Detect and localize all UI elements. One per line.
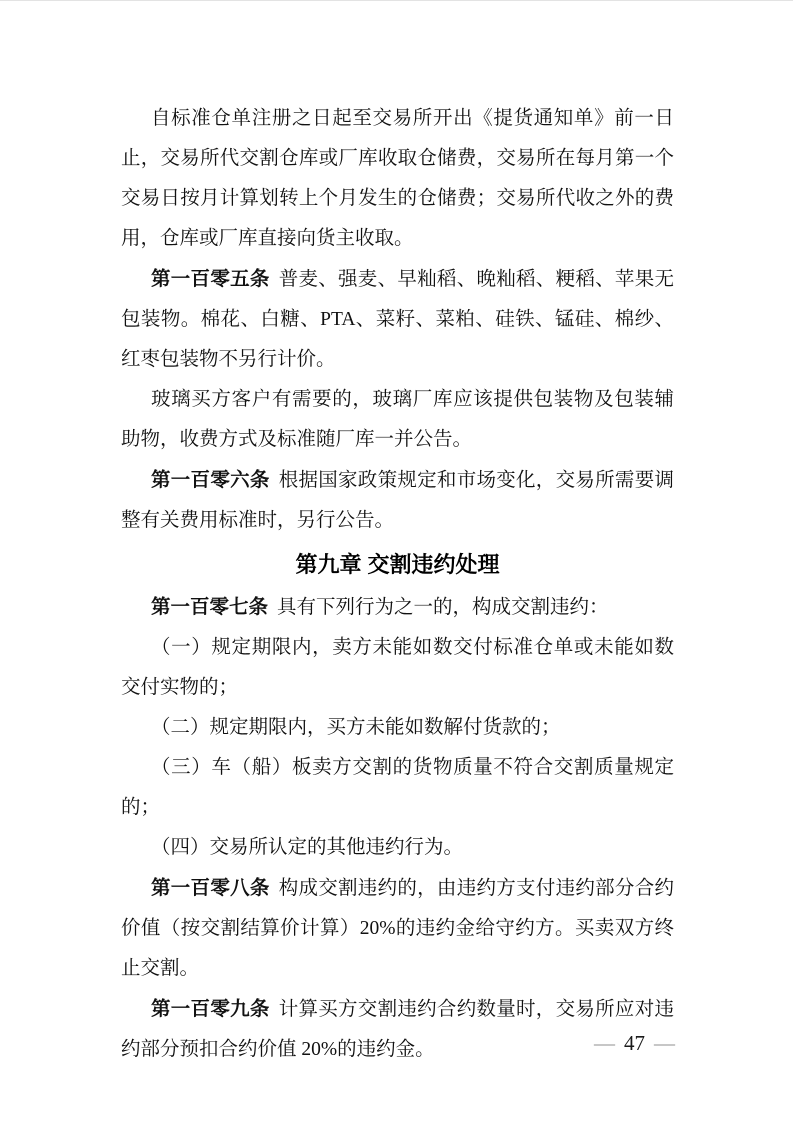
footer-dash-right: — [654,1031,675,1055]
paragraph-text: 具有下列行为之一的，构成交割违约： [277,597,609,618]
paragraph-article-107: 第一百零七条具有下列行为之一的，构成交割违约： [121,587,674,628]
paragraph-text: （四）交易所认定的其他违约行为。 [151,837,463,858]
paragraph-storage-fee: 自标准仓单注册之日起至交易所开出《提货通知单》前一日止，交易所代交割仓库或厂库收… [121,99,674,259]
paragraph-text: 玻璃买方客户有需要的，玻璃厂库应该提供包装物及包装辅助物，收费方式及标准随厂库一… [121,389,674,450]
paragraph-article-106: 第一百零六条根据国家政策规定和市场变化，交易所需要调整有关费用标准时，另行公告。 [121,460,674,541]
article-number: 第一百零八条 [151,877,270,899]
list-item-2: （二）规定期限内，买方未能如数解付货款的； [121,708,674,748]
paragraph-text: （三）车（船）板卖方交割的货物质量不符合交割质量规定的； [121,757,674,818]
list-item-3: （三）车（船）板卖方交割的货物质量不符合交割质量规定的； [121,748,674,828]
page-number: 47 [624,1031,645,1055]
document-page: { "content": { "paragraphs": [ { "lead":… [0,0,793,1122]
text-block: 自标准仓单注册之日起至交易所开出《提货通知单》前一日止，交易所代交割仓库或厂库收… [0,1,793,1070]
paragraph-article-105: 第一百零五条普麦、强麦、早籼稻、晚籼稻、粳稻、苹果无包装物。棉花、白糖、PTA、… [121,259,674,380]
paragraph-article-108: 第一百零八条构成交割违约的，由违约方支付违约部分合约价值（按交割结算价计算）20… [121,868,674,989]
paragraph-text: （一）规定期限内，卖方未能如数交付标准仓单或未能如数交付实物的； [121,637,674,698]
paragraph-text: （二）规定期限内，买方未能如数解付货款的； [151,717,561,738]
article-number: 第一百零九条 [151,998,270,1020]
chapter-heading: 第九章 交割违约处理 [121,545,674,585]
list-item-4: （四）交易所认定的其他违约行为。 [121,828,674,868]
article-number: 第一百零六条 [151,469,270,491]
paragraph-glass-packaging: 玻璃买方客户有需要的，玻璃厂库应该提供包装物及包装辅助物，收费方式及标准随厂库一… [121,380,674,460]
list-item-1: （一）规定期限内，卖方未能如数交付标准仓单或未能如数交付实物的； [121,628,674,708]
page-footer: —47— [594,1029,675,1057]
footer-dash-left: — [594,1031,615,1055]
article-number: 第一百零七条 [151,596,268,618]
paragraph-article-109: 第一百零九条计算买方交割违约合约数量时，交易所应对违约部分预扣合约价值 20%的… [121,989,674,1070]
paragraph-text: 自标准仓单注册之日起至交易所开出《提货通知单》前一日止，交易所代交割仓库或厂库收… [121,108,674,249]
article-number: 第一百零五条 [151,268,270,290]
